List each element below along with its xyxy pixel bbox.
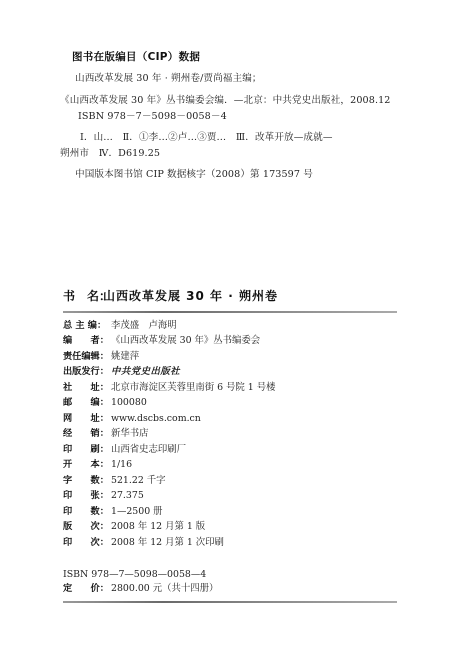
colophon-row-postcode: 邮 编：100080 xyxy=(63,398,147,407)
colophon-label: 印 数： xyxy=(63,507,111,516)
colophon-row-print-run: 印 数：1—2500 册 xyxy=(63,507,163,516)
colophon-row-address: 社 址：北京市海淀区芙蓉里南街 6 号院 1 号楼 xyxy=(63,383,275,392)
cip-line-classification-cont: 朔州市 Ⅳ．D619.25 xyxy=(60,149,160,159)
colophon-value: 姚建萍 xyxy=(111,352,139,361)
colophon-value: 100080 xyxy=(111,398,147,407)
colophon-row-edition: 版 次：2008 年 12 月第 1 版 xyxy=(63,522,205,531)
colophon-row-format: 开 本：1/16 xyxy=(63,460,132,469)
colophon-row-responsible-editor: 责任编辑：姚建萍 xyxy=(63,352,139,361)
colophon-value: 北京市海淀区芙蓉里南街 6 号院 1 号楼 xyxy=(111,383,275,392)
colophon-label: 责任编辑： xyxy=(63,352,111,361)
cip-line-classification: Ⅰ．山… Ⅱ．①李…②卢…③贾… Ⅲ．改革开放—成就— xyxy=(80,133,333,143)
colophon-row-website: 网 址：www.dscbs.com.cn xyxy=(63,414,201,423)
colophon-label: 字 数： xyxy=(63,476,111,485)
book-title-value: 山西改革发展 30 年 · 朔州卷 xyxy=(103,289,278,303)
colophon-value: 1/16 xyxy=(111,460,132,469)
colophon-value: 山西省史志印刷厂 xyxy=(111,445,186,454)
top-divider xyxy=(63,311,397,313)
colophon-value: 2008 年 12 月第 1 次印刷 xyxy=(111,538,224,547)
cip-heading: 图书在版编目（CIP）数据 xyxy=(72,52,200,63)
colophon-row-word-count: 字 数：521.22 千字 xyxy=(63,476,166,485)
colophon-value: 1—2500 册 xyxy=(111,507,163,516)
colophon-row-chief-editor: 总 主 编：李茂盛 卢海明 xyxy=(63,321,177,330)
colophon-row-publisher: 出版发行：中共党史出版社 xyxy=(63,367,180,376)
price-value: 2800.00 元（共十四册） xyxy=(111,584,218,593)
book-title-row: 书 名：山西改革发展 30 年 · 朔州卷 xyxy=(63,290,278,302)
colophon-value: 新华书店 xyxy=(111,429,149,438)
colophon-value: 中共党史出版社 xyxy=(111,367,180,376)
colophon-value: 521.22 千字 xyxy=(111,476,166,485)
cip-line-1: 山西改革发展 30 年 · 朔州卷/贾尚福主编； xyxy=(75,74,262,84)
cip-line-2: 《山西改革发展 30 年》丛书编委会编．—北京：中共党史出版社，2008.12 xyxy=(60,96,391,106)
copyright-page: 图书在版编目（CIP）数据 山西改革发展 30 年 · 朔州卷/贾尚福主编； 《… xyxy=(0,0,450,656)
book-title-label: 书 名： xyxy=(63,290,103,302)
colophon-label: 经 销： xyxy=(63,429,111,438)
colophon-value: 李茂盛 卢海明 xyxy=(111,321,177,330)
colophon-label: 社 址： xyxy=(63,383,111,392)
colophon-label: 开 本： xyxy=(63,460,111,469)
colophon-row-distributor: 经 销：新华书店 xyxy=(63,429,149,438)
bottom-divider xyxy=(63,601,397,603)
colophon-row-sheets: 印 张：27.375 xyxy=(63,491,144,500)
colophon-label: 出版发行： xyxy=(63,367,111,376)
cip-line-record-number: 中国版本图书馆 CIP 数据核字（2008）第 173597 号 xyxy=(75,170,313,180)
colophon-value: 2008 年 12 月第 1 版 xyxy=(111,522,205,531)
colophon-label: 网 址： xyxy=(63,414,111,423)
colophon-label: 版 次： xyxy=(63,522,111,531)
colophon-label: 印 次： xyxy=(63,538,111,547)
colophon-value: 《山西改革发展 30 年》丛书编委会 xyxy=(111,336,260,345)
colophon-row-price: 定 价：2800.00 元（共十四册） xyxy=(63,584,218,593)
price-label: 定 价： xyxy=(63,584,111,593)
cip-line-isbn: ISBN 978－7－5098－0058－4 xyxy=(78,112,227,122)
colophon-label: 总 主 编： xyxy=(63,321,111,330)
colophon-label: 编 者： xyxy=(63,336,111,345)
colophon-label: 印 刷： xyxy=(63,445,111,454)
colophon-label: 印 张： xyxy=(63,491,111,500)
footer-isbn: ISBN 978—7—5098—0058—4 xyxy=(63,569,206,580)
colophon-value: 27.375 xyxy=(111,491,144,500)
colophon-label: 邮 编： xyxy=(63,398,111,407)
colophon-value: www.dscbs.com.cn xyxy=(111,414,201,423)
colophon-row-editors: 编 者：《山西改革发展 30 年》丛书编委会 xyxy=(63,336,260,345)
colophon-row-printing: 印 次：2008 年 12 月第 1 次印刷 xyxy=(63,538,224,547)
colophon-row-printer: 印 刷：山西省史志印刷厂 xyxy=(63,445,186,454)
